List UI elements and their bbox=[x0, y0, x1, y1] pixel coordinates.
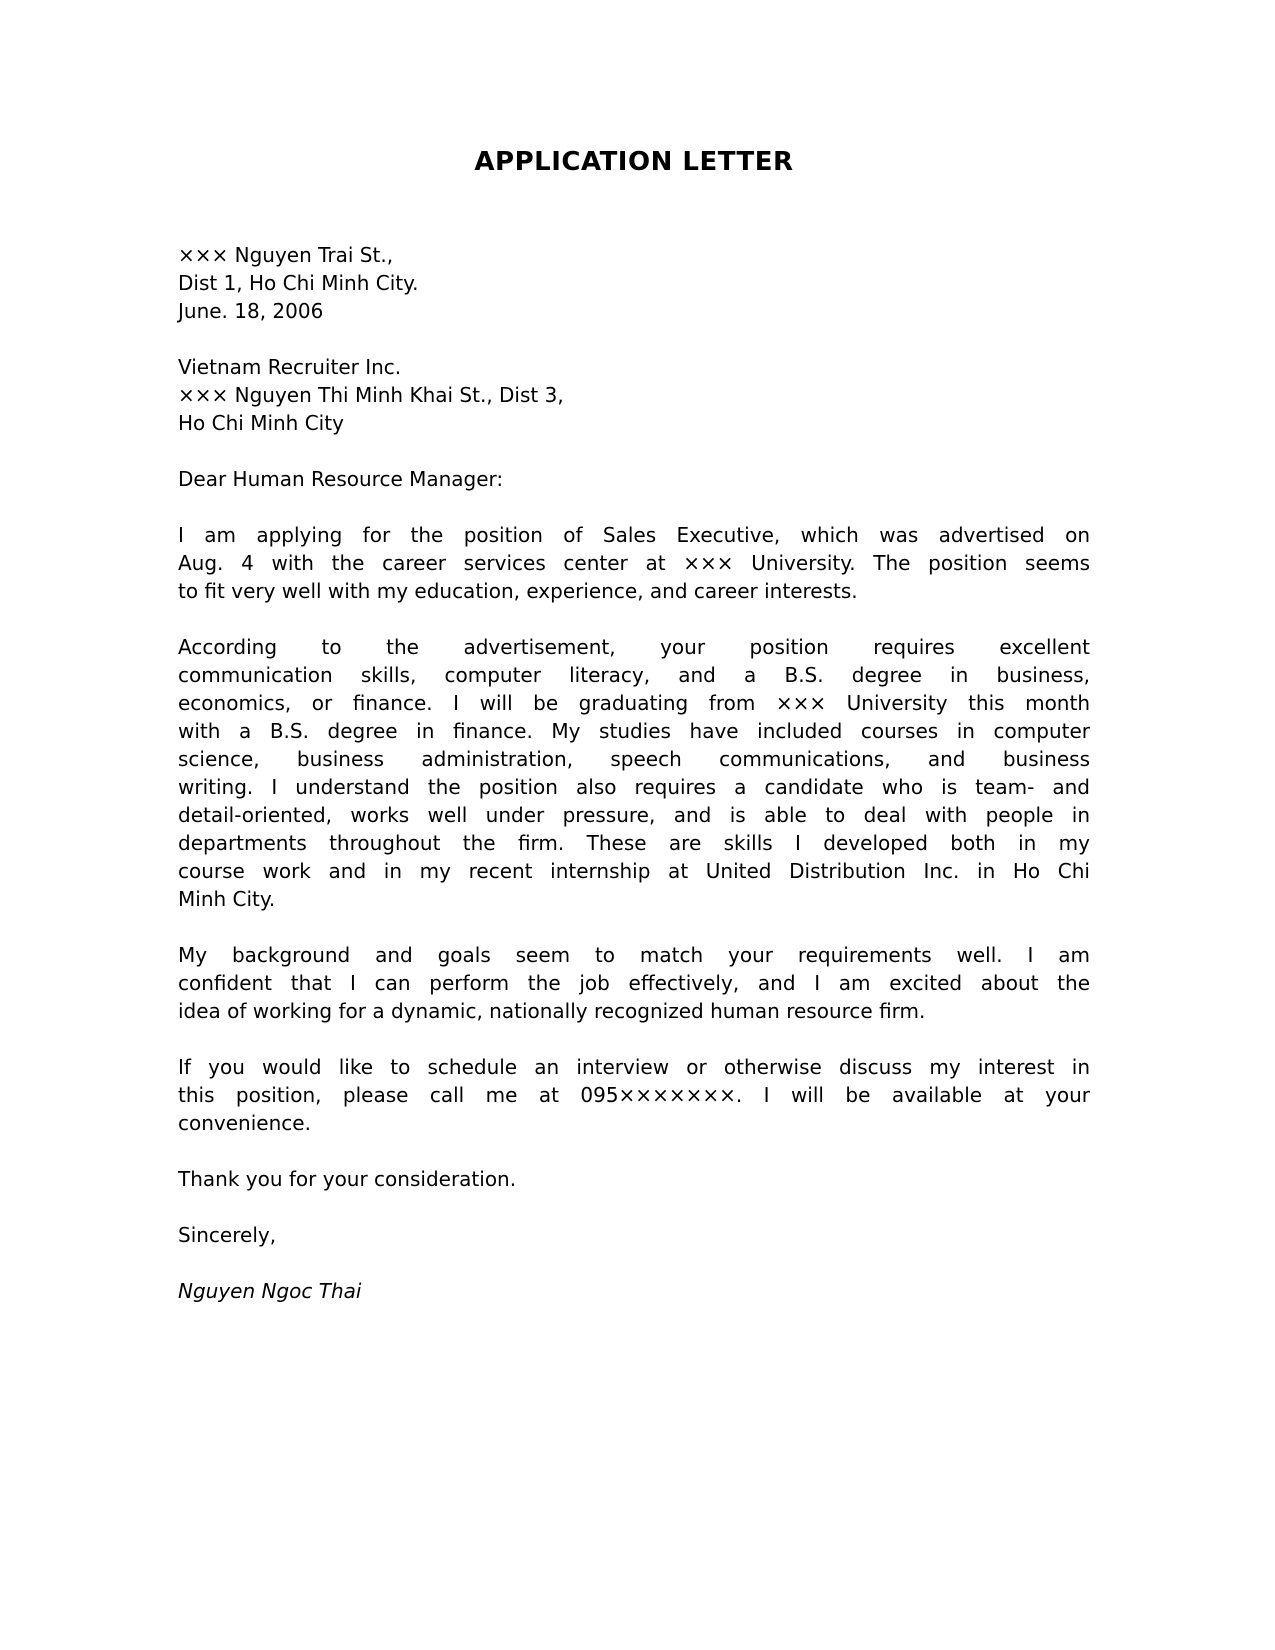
paragraph-line: convenience. bbox=[178, 1109, 1090, 1137]
paragraph-line: I am applying for the position of Sales … bbox=[178, 521, 1090, 549]
paragraph-line: Aug. 4 with the career services center a… bbox=[178, 549, 1090, 577]
paragraph-line: detail-oriented, works well under pressu… bbox=[178, 801, 1090, 829]
valediction-block: Sincerely, bbox=[178, 1221, 1090, 1249]
salutation: Dear Human Resource Manager: bbox=[178, 465, 1090, 493]
sender-address-block: ××× Nguyen Trai St., Dist 1, Ho Chi Minh… bbox=[178, 241, 1090, 325]
letter-title: APPLICATION LETTER bbox=[178, 147, 1090, 177]
salutation-line: Dear Human Resource Manager: bbox=[178, 465, 1090, 493]
paragraph-line: economics, or finance. I will be graduat… bbox=[178, 689, 1090, 717]
closing-line: Thank you for your consideration. bbox=[178, 1165, 1090, 1193]
paragraph-line: confident that I can perform the job eff… bbox=[178, 969, 1090, 997]
paragraph-2: According to the advertisement, your pos… bbox=[178, 633, 1090, 913]
paragraph-1: I am applying for the position of Sales … bbox=[178, 521, 1090, 605]
paragraph-line: writing. I understand the position also … bbox=[178, 773, 1090, 801]
recipient-city-line: Ho Chi Minh City bbox=[178, 409, 1090, 437]
paragraph-4: If you would like to schedule an intervi… bbox=[178, 1053, 1090, 1137]
sender-street-line: ××× Nguyen Trai St., bbox=[178, 241, 1090, 269]
date-line: June. 18, 2006 bbox=[178, 297, 1090, 325]
paragraph-line: this position, please call me at 095××××… bbox=[178, 1081, 1090, 1109]
letter-page: APPLICATION LETTER ××× Nguyen Trai St., … bbox=[0, 0, 1275, 1650]
paragraph-line: departments throughout the firm. These a… bbox=[178, 829, 1090, 857]
paragraph-line: course work and in my recent internship … bbox=[178, 857, 1090, 885]
paragraph-line: My background and goals seem to match yo… bbox=[178, 941, 1090, 969]
paragraph-line: If you would like to schedule an intervi… bbox=[178, 1053, 1090, 1081]
valediction-line: Sincerely, bbox=[178, 1221, 1090, 1249]
paragraph-line: communication skills, computer literacy,… bbox=[178, 661, 1090, 689]
paragraph-line: with a B.S. degree in finance. My studie… bbox=[178, 717, 1090, 745]
paragraph-line: Minh City. bbox=[178, 885, 1090, 913]
recipient-street-line: ××× Nguyen Thi Minh Khai St., Dist 3, bbox=[178, 381, 1090, 409]
recipient-company-line: Vietnam Recruiter Inc. bbox=[178, 353, 1090, 381]
sender-city-line: Dist 1, Ho Chi Minh City. bbox=[178, 269, 1090, 297]
paragraph-line: science, business administration, speech… bbox=[178, 745, 1090, 773]
closing-block: Thank you for your consideration. bbox=[178, 1165, 1090, 1193]
paragraph-line: to fit very well with my education, expe… bbox=[178, 577, 1090, 605]
paragraph-line: According to the advertisement, your pos… bbox=[178, 633, 1090, 661]
recipient-address-block: Vietnam Recruiter Inc. ××× Nguyen Thi Mi… bbox=[178, 353, 1090, 437]
signature-name: Nguyen Ngoc Thai bbox=[178, 1277, 1090, 1305]
paragraph-line: idea of working for a dynamic, nationall… bbox=[178, 997, 1090, 1025]
paragraph-3: My background and goals seem to match yo… bbox=[178, 941, 1090, 1025]
signature-block: Nguyen Ngoc Thai bbox=[178, 1277, 1090, 1305]
